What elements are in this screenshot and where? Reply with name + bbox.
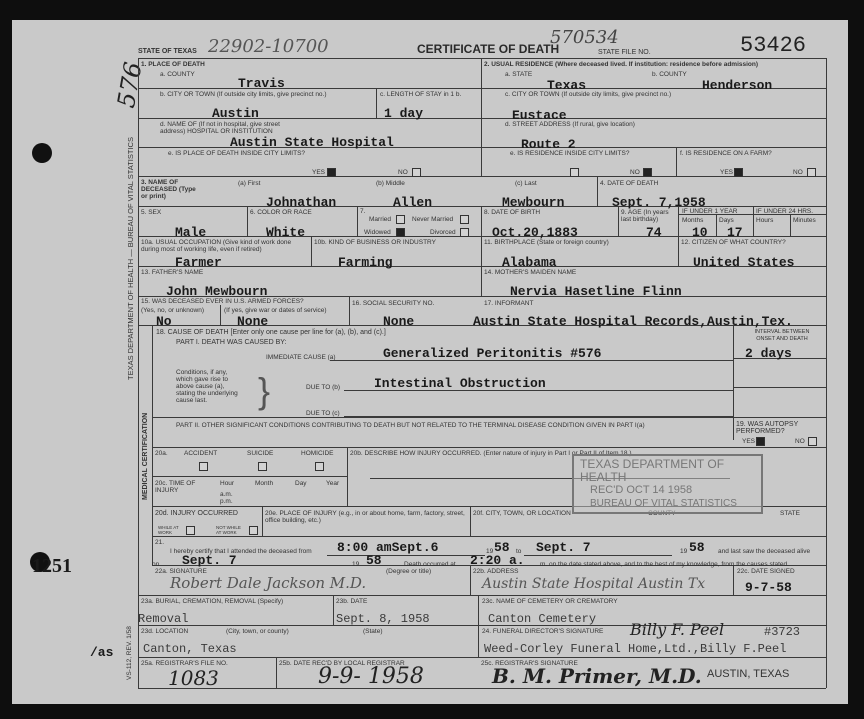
hospital-name: Austin State Hospital bbox=[230, 135, 394, 150]
registrar-location: AUSTIN, TEXAS bbox=[707, 668, 789, 680]
part1-label: PART I. DEATH WAS CAUSED BY: bbox=[176, 339, 286, 346]
attended-from: 8:00 amSept.6 bbox=[337, 540, 438, 555]
label-21: 21. bbox=[155, 539, 164, 546]
certificate-title: CERTIFICATE OF DEATH bbox=[417, 42, 559, 56]
interval-label: INTERVAL BETWEEN ONSET AND DEATH bbox=[752, 329, 812, 343]
immediate-cause: Generalized Peritonitis #576 bbox=[383, 346, 601, 361]
sex: Male bbox=[175, 225, 206, 240]
due-to-b-label: DUE TO (b) bbox=[306, 384, 340, 391]
received-stamp: TEXAS DEPARTMENT OF HEALTH REC'D OCT 14 … bbox=[572, 454, 763, 514]
age: 74 bbox=[646, 225, 662, 240]
col-line bbox=[481, 236, 482, 266]
farm-no-checkbox[interactable] bbox=[807, 168, 816, 177]
no-label: NO bbox=[795, 438, 805, 445]
conditions-note: Conditions, if any, which gave rise to a… bbox=[176, 369, 238, 404]
day-label: Day bbox=[295, 480, 307, 487]
row-line bbox=[152, 476, 347, 477]
residence-inside-limits-yes-checkbox[interactable] bbox=[570, 168, 579, 177]
col-line bbox=[716, 214, 717, 236]
homicide-label: HOMICIDE bbox=[301, 450, 334, 457]
death-inside-limits-yes-checkbox[interactable] bbox=[327, 168, 336, 177]
year-label: Year bbox=[326, 480, 339, 487]
business-label: 10b. KIND OF BUSINESS OR INDUSTRY bbox=[314, 239, 436, 246]
funeral-home: Weed-Corley Funeral Home,Ltd.,Billy F.Pe… bbox=[484, 642, 786, 656]
residence-county-label: b. COUNTY bbox=[652, 71, 687, 78]
middle-name: Allen bbox=[393, 195, 432, 210]
suicide-checkbox[interactable] bbox=[258, 462, 267, 471]
top-border bbox=[138, 58, 826, 59]
father-label: 13. FATHER'S NAME bbox=[141, 269, 203, 276]
war-sub-label: (If yes, give war or dates of service) bbox=[224, 307, 327, 314]
date-of-birth: Oct.20,1883 bbox=[492, 225, 578, 240]
ssn-label: 16. SOCIAL SECURITY NO. bbox=[352, 300, 434, 307]
cause-section-label: 18. CAUSE OF DEATH [Enter only one cause… bbox=[156, 329, 386, 336]
section-divider bbox=[481, 58, 482, 176]
col-line bbox=[262, 506, 263, 536]
days-label: Days bbox=[719, 217, 734, 224]
while-at-work-label: WHILE AT WORK bbox=[158, 525, 180, 535]
never-married-label: Never Married bbox=[412, 216, 453, 223]
row-line bbox=[733, 387, 826, 388]
death-city: Austin bbox=[212, 106, 259, 121]
widowed-label: Widowed bbox=[364, 229, 391, 236]
war-service: None bbox=[237, 314, 268, 329]
length-of-stay: 1 day bbox=[384, 106, 423, 121]
informant-label: 17. INFORMANT bbox=[484, 300, 533, 307]
row-line bbox=[138, 176, 826, 177]
physician-address: Austin State Hospital Austin Tx bbox=[482, 576, 705, 592]
nineteen-label: 19 bbox=[352, 561, 359, 568]
social-security-no: None bbox=[383, 314, 414, 329]
col-line bbox=[220, 305, 221, 325]
burial-method-label: 23a. BURIAL, CREMATION, REMOVAL (Specify… bbox=[141, 598, 283, 605]
registrar-signature: B. M. Primer, M.D. bbox=[492, 664, 702, 688]
date-signed-label: 22c. DATE SIGNED bbox=[737, 568, 795, 575]
funeral-director-signature: Billy F. Peel bbox=[630, 620, 724, 639]
label-20f: 20f. CITY, TOWN, OR LOCATION bbox=[473, 510, 571, 517]
handwritten-state-number: 570534 bbox=[550, 27, 619, 48]
col-line bbox=[678, 206, 679, 236]
right-border bbox=[826, 58, 827, 688]
col-line bbox=[311, 236, 312, 266]
first-name-label: (a) First bbox=[238, 180, 260, 187]
col-line bbox=[733, 325, 734, 440]
attended-to-year: 58 bbox=[689, 540, 705, 555]
degree-label: (Degree or title) bbox=[386, 568, 431, 575]
days: 17 bbox=[727, 225, 743, 240]
row-line bbox=[138, 236, 826, 237]
occupation-label: 10a. USUAL OCCUPATION (Give kind of work… bbox=[141, 239, 309, 253]
months: 10 bbox=[692, 225, 708, 240]
death-county: Travis bbox=[238, 76, 285, 91]
last-saw-text: and last saw the deceased alive bbox=[718, 548, 810, 555]
farm-label: f. IS RESIDENCE ON A FARM? bbox=[680, 150, 772, 157]
label-20c: 20c. TIME OF INJURY bbox=[155, 480, 205, 494]
punch-hole-top bbox=[32, 143, 52, 163]
label-20d: 20d. INJURY OCCURRED bbox=[155, 510, 238, 517]
interval: 2 days bbox=[745, 346, 792, 361]
cemetery-label: 23c. NAME OF CEMETERY OR CREMATORY bbox=[482, 598, 618, 605]
month-label: Month bbox=[255, 480, 273, 487]
minutes-label: Minutes bbox=[793, 217, 816, 224]
col-line bbox=[676, 147, 677, 176]
farm-yes-checkbox[interactable] bbox=[734, 168, 743, 177]
never-married-checkbox[interactable] bbox=[460, 215, 469, 224]
label-20e: 20e. PLACE OF INJURY (e.g., in or about … bbox=[265, 510, 465, 524]
col-line bbox=[481, 266, 482, 296]
hour-label: Hour bbox=[220, 480, 234, 487]
marital-label: 7. bbox=[360, 208, 365, 215]
margin-medical-certification: MEDICAL CERTIFICATION bbox=[142, 413, 149, 500]
under-1-year-label: IF UNDER 1 YEAR bbox=[682, 208, 738, 215]
death-city-label: b. CITY OR TOWN (If outside city limits,… bbox=[160, 91, 327, 98]
business: Farming bbox=[338, 255, 393, 270]
col-line bbox=[349, 296, 350, 325]
middle-name-label: (b) Middle bbox=[376, 180, 405, 187]
married-checkbox[interactable] bbox=[396, 215, 405, 224]
armed-forces: No bbox=[156, 314, 172, 329]
brace: } bbox=[258, 370, 270, 412]
burial-location: Canton, Texas bbox=[143, 642, 237, 656]
col-line bbox=[470, 565, 471, 595]
col-line bbox=[347, 447, 348, 506]
homicide-checkbox[interactable] bbox=[315, 462, 324, 471]
accident-checkbox[interactable] bbox=[199, 462, 208, 471]
funeral-director-number: #3723 bbox=[764, 625, 800, 639]
armed-sub-label: (Yes, no, or unknown) bbox=[141, 307, 204, 314]
ampm-label: a.m. p.m. bbox=[220, 491, 234, 505]
stamp-line-3: BUREAU OF VITAL STATISTICS bbox=[580, 497, 755, 510]
cemetery-name: Canton Cemetery bbox=[488, 612, 596, 626]
suicide-label: SUICIDE bbox=[247, 450, 273, 457]
label-20a: 20a. bbox=[155, 450, 168, 457]
col-line bbox=[470, 506, 471, 536]
due-to-b: Intestinal Obstruction bbox=[374, 376, 546, 391]
margin-initials: /as bbox=[90, 645, 113, 660]
under-24-hrs-label: IF UNDER 24 HRS. bbox=[756, 208, 813, 215]
hours-label: Hours bbox=[756, 217, 773, 224]
race-label: 6. COLOR OR RACE bbox=[250, 209, 312, 216]
handwritten-local-number: 22902-10700 bbox=[208, 36, 329, 57]
last-name-label: (c) Last bbox=[515, 180, 537, 187]
margin-stamp-number: 1251 bbox=[32, 555, 72, 578]
residence-street-label: d. STREET ADDRESS (If rural, give locati… bbox=[505, 121, 635, 128]
residence-city-label: c. CITY OR TOWN (If outside city limits,… bbox=[505, 91, 671, 98]
married-label: Married bbox=[369, 216, 391, 223]
no-label: NO bbox=[630, 169, 640, 176]
row-line bbox=[138, 206, 826, 207]
row-line bbox=[152, 447, 826, 448]
hospital-label: d. NAME OF (If not in hospital, give str… bbox=[160, 121, 300, 135]
due-to-c-label: DUE TO (c) bbox=[306, 410, 340, 417]
burial-date: Sept. 8, 1958 bbox=[336, 612, 430, 626]
last-seen-date: Sept. 7 bbox=[182, 553, 237, 568]
first-name: Johnathan bbox=[266, 195, 336, 210]
autopsy-label: 19. WAS AUTOPSY PERFORMED? bbox=[736, 421, 820, 435]
yes-label: YES bbox=[742, 438, 755, 445]
citizenship: United States bbox=[693, 255, 794, 270]
burial-date-label: 23b. DATE bbox=[336, 598, 367, 605]
row-line bbox=[152, 417, 826, 418]
form-revision: VS-112, REV. 1/58 bbox=[126, 626, 133, 680]
no-label: NO bbox=[398, 169, 408, 176]
med-cert-line bbox=[152, 325, 153, 565]
autopsy-no-checkbox[interactable] bbox=[808, 437, 817, 446]
immediate-cause-label: IMMEDIATE CAUSE (a) bbox=[266, 354, 336, 361]
col-line bbox=[753, 206, 754, 236]
last-name: Mewbourn bbox=[502, 195, 564, 210]
state-label: STATE bbox=[780, 510, 800, 517]
race: White bbox=[266, 225, 305, 240]
age-label: 9. AGE (In years last birthday) bbox=[621, 209, 677, 223]
date-signed: 9-7-58 bbox=[745, 580, 792, 595]
date-of-death-label: 4. DATE OF DEATH bbox=[600, 180, 658, 187]
col-line bbox=[247, 206, 248, 236]
row-line bbox=[138, 595, 826, 596]
yes-label: YES bbox=[312, 169, 325, 176]
widowed-checkbox[interactable] bbox=[396, 228, 405, 237]
death-inside-limits-no-checkbox[interactable] bbox=[412, 168, 421, 177]
residence-inside-limits-no-checkbox[interactable] bbox=[643, 168, 652, 177]
residence-state-label: a. STATE bbox=[505, 71, 532, 78]
armed-forces-label: 15. WAS DECEASED EVER IN U.S. ARMED FORC… bbox=[141, 298, 304, 305]
on-label: on bbox=[152, 561, 159, 568]
col-line bbox=[333, 595, 334, 625]
city-town-label: (City, town, or county) bbox=[226, 628, 289, 635]
underline bbox=[327, 555, 485, 556]
col-line bbox=[357, 206, 358, 236]
col-line bbox=[597, 176, 598, 206]
causes-stated-text: m. on the date stated above, and to the … bbox=[540, 561, 789, 568]
state-file-number: 53426 bbox=[740, 33, 806, 58]
underline bbox=[524, 555, 672, 556]
death-time: 2:20 a. bbox=[470, 553, 525, 568]
bottom-border bbox=[138, 688, 826, 689]
residence-inside-limits-label: e. IS RESIDENCE INSIDE CITY LIMITS? bbox=[510, 150, 629, 157]
yes-label: YES bbox=[720, 169, 733, 176]
nineteen-label: 19 bbox=[680, 548, 687, 555]
county-label: a. COUNTY bbox=[160, 71, 195, 78]
citizen-label: 12. CITIZEN OF WHAT COUNTRY? bbox=[681, 239, 786, 246]
part2-label: PART II. OTHER SIGNIFICANT CONDITIONS CO… bbox=[176, 422, 645, 429]
col-line bbox=[733, 565, 734, 595]
col-line bbox=[376, 88, 377, 118]
residence-county: Henderson bbox=[702, 78, 772, 93]
col-line bbox=[276, 657, 277, 688]
col-line bbox=[618, 206, 619, 236]
col-line bbox=[481, 206, 482, 236]
no-label: NO bbox=[793, 169, 803, 176]
local-registrar-date: 9-9- 1958 bbox=[318, 664, 424, 689]
address-label: 22b. ADDRESS bbox=[473, 568, 519, 575]
divorced-checkbox[interactable] bbox=[460, 228, 469, 237]
physician-signature: Robert Dale Jackson M.D. bbox=[170, 574, 366, 592]
left-border bbox=[138, 58, 139, 688]
col-line bbox=[478, 595, 479, 657]
last-seen-year: 58 bbox=[366, 553, 382, 568]
birthplace: Alabama bbox=[502, 255, 557, 270]
burial-method: Removal bbox=[138, 612, 188, 626]
inside-limits-label: e. IS PLACE OF DEATH INSIDE CITY LIMITS? bbox=[168, 150, 305, 157]
state-of-texas-label: STATE OF TEXAS bbox=[138, 48, 197, 55]
state-label: (State) bbox=[363, 628, 383, 635]
residence-section: 2. USUAL RESIDENCE (Where deceased lived… bbox=[484, 61, 758, 68]
not-while-at-work-checkbox[interactable] bbox=[249, 526, 258, 535]
informant: Austin State Hospital Records,Austin,Tex… bbox=[473, 314, 793, 329]
stamp-line-1: TEXAS DEPARTMENT OF HEALTH bbox=[580, 458, 755, 484]
divorced-label: Divorced bbox=[430, 229, 456, 236]
state-file-label: STATE FILE NO. bbox=[598, 49, 651, 56]
birthplace-label: 11. BIRTHPLACE (State or foreign country… bbox=[484, 239, 609, 246]
registrar-file-no: 1083 bbox=[168, 666, 219, 690]
place-of-death-section: 1. PLACE OF DEATH bbox=[141, 61, 205, 68]
row-line bbox=[152, 536, 826, 537]
while-at-work-checkbox[interactable] bbox=[186, 526, 195, 535]
underline bbox=[344, 416, 733, 417]
stamp-line-2: REC'D OCT 14 1958 bbox=[580, 484, 755, 497]
col-line bbox=[790, 214, 791, 236]
dob-label: 8. DATE OF BIRTH bbox=[484, 209, 540, 216]
mother-label: 14. MOTHER'S MAIDEN NAME bbox=[484, 269, 576, 276]
occupation: Farmer bbox=[175, 255, 222, 270]
col-line bbox=[678, 236, 679, 266]
sex-label: 5. SEX bbox=[141, 209, 161, 216]
margin-department-text: TEXAS DEPARTMENT OF HEALTH — BUREAU OF V… bbox=[126, 137, 135, 380]
father-name: John Mewbourn bbox=[166, 284, 267, 299]
mother-maiden-name: Nervia Hasetline Flinn bbox=[510, 284, 682, 299]
not-while-at-work-label: NOT WHILE AT WORK bbox=[216, 525, 246, 535]
months-label: Months bbox=[682, 217, 703, 224]
autopsy-yes-checkbox[interactable] bbox=[756, 437, 765, 446]
row-line bbox=[138, 657, 826, 658]
length-of-stay-label: c. LENGTH OF STAY in 1 b. bbox=[380, 91, 470, 98]
location-label: 23d. LOCATION bbox=[141, 628, 188, 635]
funeral-director-label: 24. FUNERAL DIRECTOR'S SIGNATURE bbox=[482, 628, 603, 635]
deceased-name-label: 3. NAME OF DECEASED (Type or print) bbox=[141, 179, 201, 200]
death-occurred-label: Death occurred at bbox=[404, 561, 456, 568]
attended-to: Sept. 7 bbox=[536, 540, 591, 555]
accident-label: ACCIDENT bbox=[184, 450, 217, 457]
